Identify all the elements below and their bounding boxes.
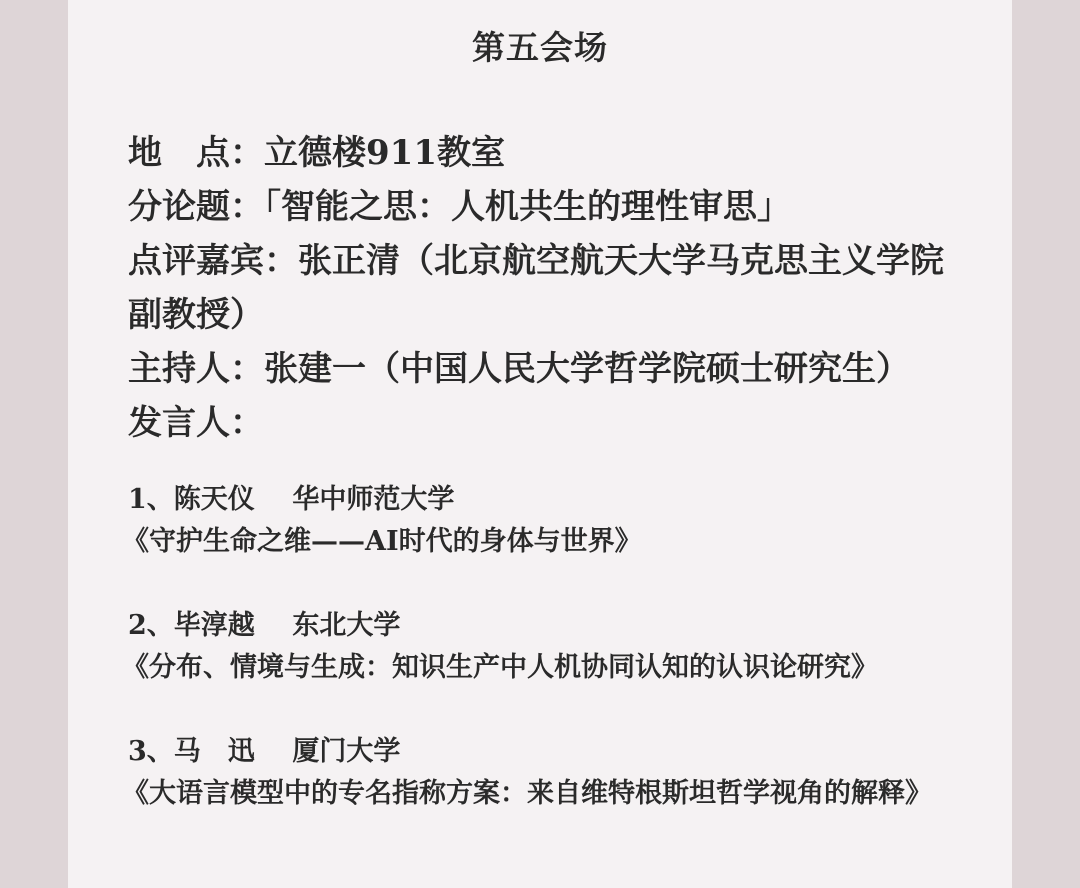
session-title: 第五会场 — [68, 22, 1012, 69]
host-label: 主持人： — [128, 349, 264, 389]
subtopic-label: 分论题： — [128, 187, 264, 227]
speaker-paper-title: 《大语言模型中的专名指称方案：来自维特根斯坦哲学视角的解释》 — [122, 772, 968, 816]
speaker-paper-title: 《分布、情境与生成：知识生产中人机协同认知的认识论研究》 — [122, 646, 968, 690]
host-value: 张建一（中国人民大学哲学院硕士研究生） — [264, 349, 910, 389]
speaker-item: 1、陈天仪 华中师范大学 《守护生命之维——AI时代的身体与世界》 — [128, 480, 968, 564]
speaker-heading: 1、陈天仪 华中师范大学 — [128, 480, 968, 520]
speaker-index: 2、 — [128, 610, 174, 641]
speaker-paper-title: 《守护生命之维——AI时代的身体与世界》 — [122, 520, 968, 564]
speaker-affiliation: 厦门大学 — [292, 736, 400, 767]
speaker-name: 陈天仪 — [174, 484, 255, 515]
speaker-heading: 2、毕淳越 东北大学 — [128, 606, 968, 646]
location-label: 地 点： — [128, 133, 264, 173]
speaker-name: 马 迅 — [174, 736, 255, 767]
speaker-affiliation: 东北大学 — [292, 610, 400, 641]
speaker-item: 3、马 迅 厦门大学 《大语言模型中的专名指称方案：来自维特根斯坦哲学视角的解释… — [128, 732, 968, 816]
speaker-affiliation: 华中师范大学 — [292, 484, 454, 515]
speaker-item: 2、毕淳越 东北大学 《分布、情境与生成：知识生产中人机协同认知的认识论研究》 — [128, 606, 968, 690]
subtopic-row: 分论题：「智能之思：人机共生的理性审思」 — [128, 180, 968, 234]
speaker-name: 毕淳越 — [174, 610, 255, 641]
speaker-index: 1、 — [128, 484, 174, 515]
commentator-row: 点评嘉宾：张正清（北京航空航天大学马克思主义学院 副教授） — [128, 234, 968, 342]
location-value: 立德楼911教室 — [264, 133, 505, 173]
speaker-list: 1、陈天仪 华中师范大学 《守护生命之维——AI时代的身体与世界》 2、毕淳越 … — [128, 480, 968, 858]
speakers-label: 发言人： — [128, 403, 264, 443]
session-info: 地 点：立德楼911教室 分论题：「智能之思：人机共生的理性审思」 点评嘉宾：张… — [128, 126, 968, 450]
speaker-heading: 3、马 迅 厦门大学 — [128, 732, 968, 772]
location-row: 地 点：立德楼911教室 — [128, 126, 968, 180]
commentator-label: 点评嘉宾： — [128, 241, 298, 281]
subtopic-value: 「智能之思：人机共生的理性审思」 — [264, 187, 791, 227]
content-panel: 第五会场 地 点：立德楼911教室 分论题：「智能之思：人机共生的理性审思」 点… — [68, 0, 1012, 888]
speaker-index: 3、 — [128, 736, 174, 767]
host-row: 主持人：张建一（中国人民大学哲学院硕士研究生） — [128, 342, 968, 396]
speakers-row: 发言人： — [128, 396, 968, 450]
